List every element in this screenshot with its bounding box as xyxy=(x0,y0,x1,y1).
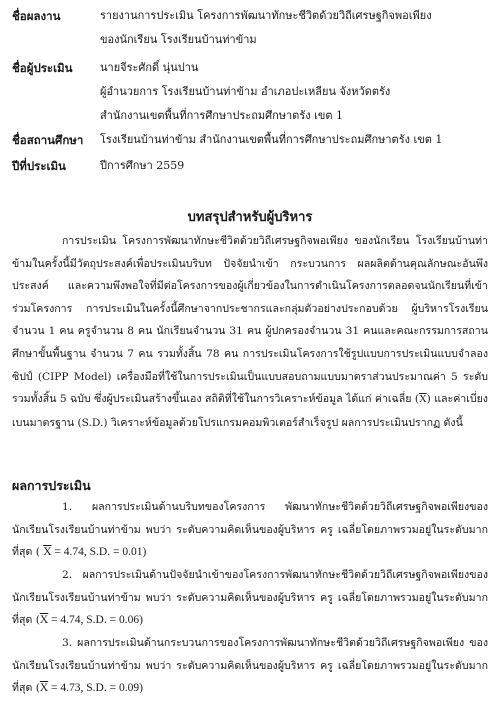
info-label-evaluator: ชื่อผู้ประเมิน xyxy=(12,58,72,78)
summary-title: บทสรุปสำหรับผู้บริหาร xyxy=(0,208,500,228)
mean-symbol: X xyxy=(43,546,51,558)
info-value-evaluator-position: ผู้อำนวยการ โรงเรียนบ้านท่าข้าม อำเภอปะเ… xyxy=(100,82,390,102)
mean-symbol: X xyxy=(419,394,427,405)
summary-text-a: การประเมิน โครงการพัฒนาทักษะชีวิตด้วยวิถ… xyxy=(12,235,488,405)
mean-symbol: X xyxy=(40,614,48,626)
result-item-2: 2. ผลการประเมินด้านปัจจัยนำเข้าของโครงกา… xyxy=(12,564,488,632)
info-value-work-title-line1: รายงานการประเมิน โครงการพัฒนาทักษะชีวิตด… xyxy=(100,6,432,26)
result-item-3: 3. ผลการประเมินด้านกระบวนการของโครงการพั… xyxy=(12,632,488,700)
info-value-school: โรงเรียนบ้านท่าข้าม สำนักงานเขตพื้นที่กา… xyxy=(100,130,442,150)
info-value-evaluator-name: นายจีระศักดิ์ นุ่นปาน xyxy=(100,58,198,78)
result-item-1-stat: = 4.74, S.D. = 0.01) xyxy=(52,546,147,558)
info-value-work-title-line2: ของนักเรียน โรงเรียนบ้านท่าข้าม xyxy=(100,30,257,50)
info-label-year: ปีที่ประเมิน xyxy=(12,156,66,176)
summary-paragraph: การประเมิน โครงการพัฒนาทักษะชีวิตด้วยวิถ… xyxy=(12,230,488,434)
results-heading: ผลการประเมิน xyxy=(12,476,91,496)
document-page: ชื่อผลงาน รายงานการประเมิน โครงการพัฒนาท… xyxy=(0,0,500,701)
info-label-school: ชื่อสถานศึกษา xyxy=(12,130,83,150)
mean-symbol: X xyxy=(40,682,48,694)
info-label-work-title: ชื่อผลงาน xyxy=(12,6,60,26)
info-row-evaluator: ชื่อผู้ประเมิน นายจีระศักดิ์ นุ่นปาน ผู้… xyxy=(12,58,492,128)
info-row-school: ชื่อสถานศึกษา โรงเรียนบ้านท่าข้าม สำนักง… xyxy=(12,130,492,152)
info-row-work-title: ชื่อผลงาน รายงานการประเมิน โครงการพัฒนาท… xyxy=(12,6,492,50)
result-item-1: 1. ผลการประเมินด้านบริบทของโครงการ พัฒนา… xyxy=(12,496,488,564)
info-value-evaluator-office: สำนักงานเขตพื้นที่การศึกษาประถมศึกษาตรัง… xyxy=(100,106,343,126)
result-item-2-stat: = 4.74, S.D. = 0.06) xyxy=(48,614,143,626)
result-item-3-stat: = 4.73, S.D. = 0.09) xyxy=(48,682,143,694)
info-row-year: ปีที่ประเมิน ปีการศึกษา 2559 xyxy=(12,156,492,178)
info-value-year: ปีการศึกษา 2559 xyxy=(100,156,184,176)
